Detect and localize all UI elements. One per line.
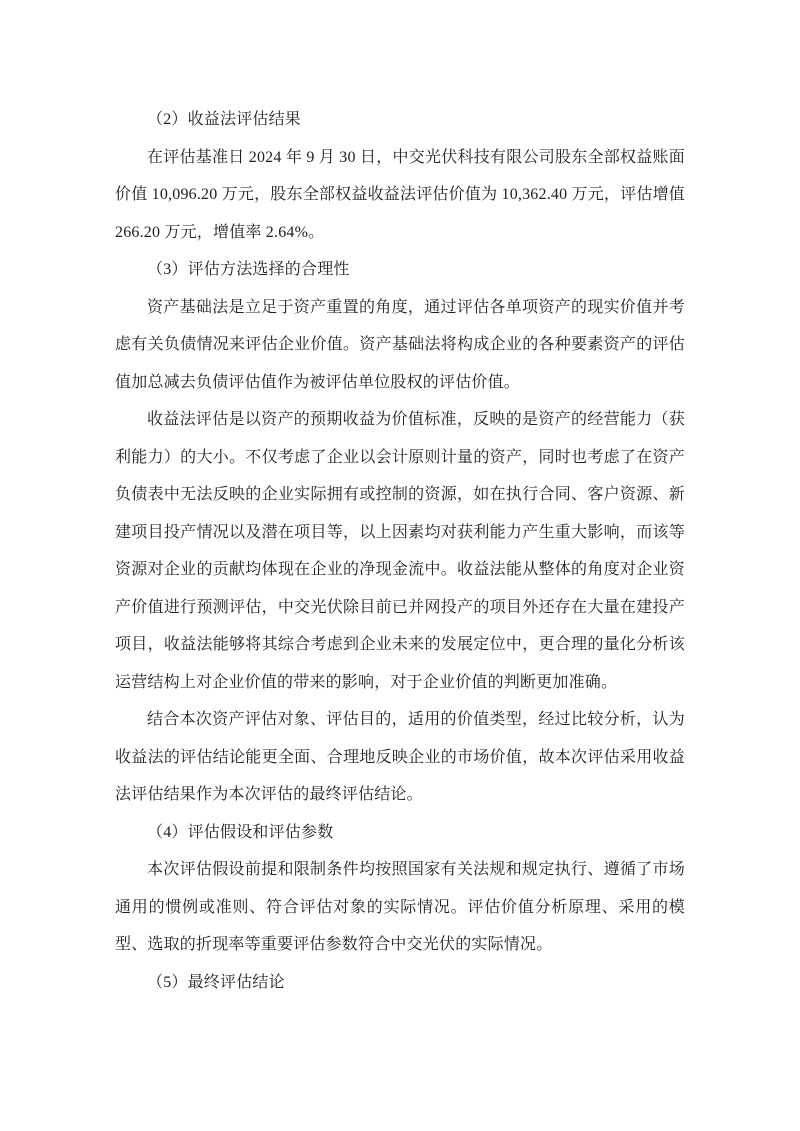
para-income-approach-result: 在评估基准日 2024 年 9 月 30 日，中交光伏科技有限公司股东全部权益账… xyxy=(115,139,685,252)
heading-method-selection-rationality: （3）评估方法选择的合理性 xyxy=(115,251,685,289)
document-page: （2）收益法评估结果 在评估基准日 2024 年 9 月 30 日，中交光伏科技… xyxy=(0,0,800,1131)
heading-income-approach-result: （2）收益法评估结果 xyxy=(115,101,685,139)
para-assumptions-and-parameters: 本次评估假设前提和限制条件均按照国家有关法规和规定执行、遵循了市场通用的惯例或准… xyxy=(115,851,685,964)
heading-final-conclusion: （5）最终评估结论 xyxy=(115,964,685,1002)
heading-assumptions-and-parameters: （4）评估假设和评估参数 xyxy=(115,814,685,852)
para-method-comparison-conclusion: 结合本次资产评估对象、评估目的，适用的价值类型，经过比较分析，认为收益法的评估结… xyxy=(115,701,685,814)
para-asset-based-method: 资产基础法是立足于资产重置的角度，通过评估各单项资产的现实价值并考虑有关负债情况… xyxy=(115,289,685,402)
para-income-method-description: 收益法评估是以资产的预期收益为价值标准，反映的是资产的经营能力（获利能力）的大小… xyxy=(115,401,685,701)
page-text-column: （2）收益法评估结果 在评估基准日 2024 年 9 月 30 日，中交光伏科技… xyxy=(115,0,685,1001)
